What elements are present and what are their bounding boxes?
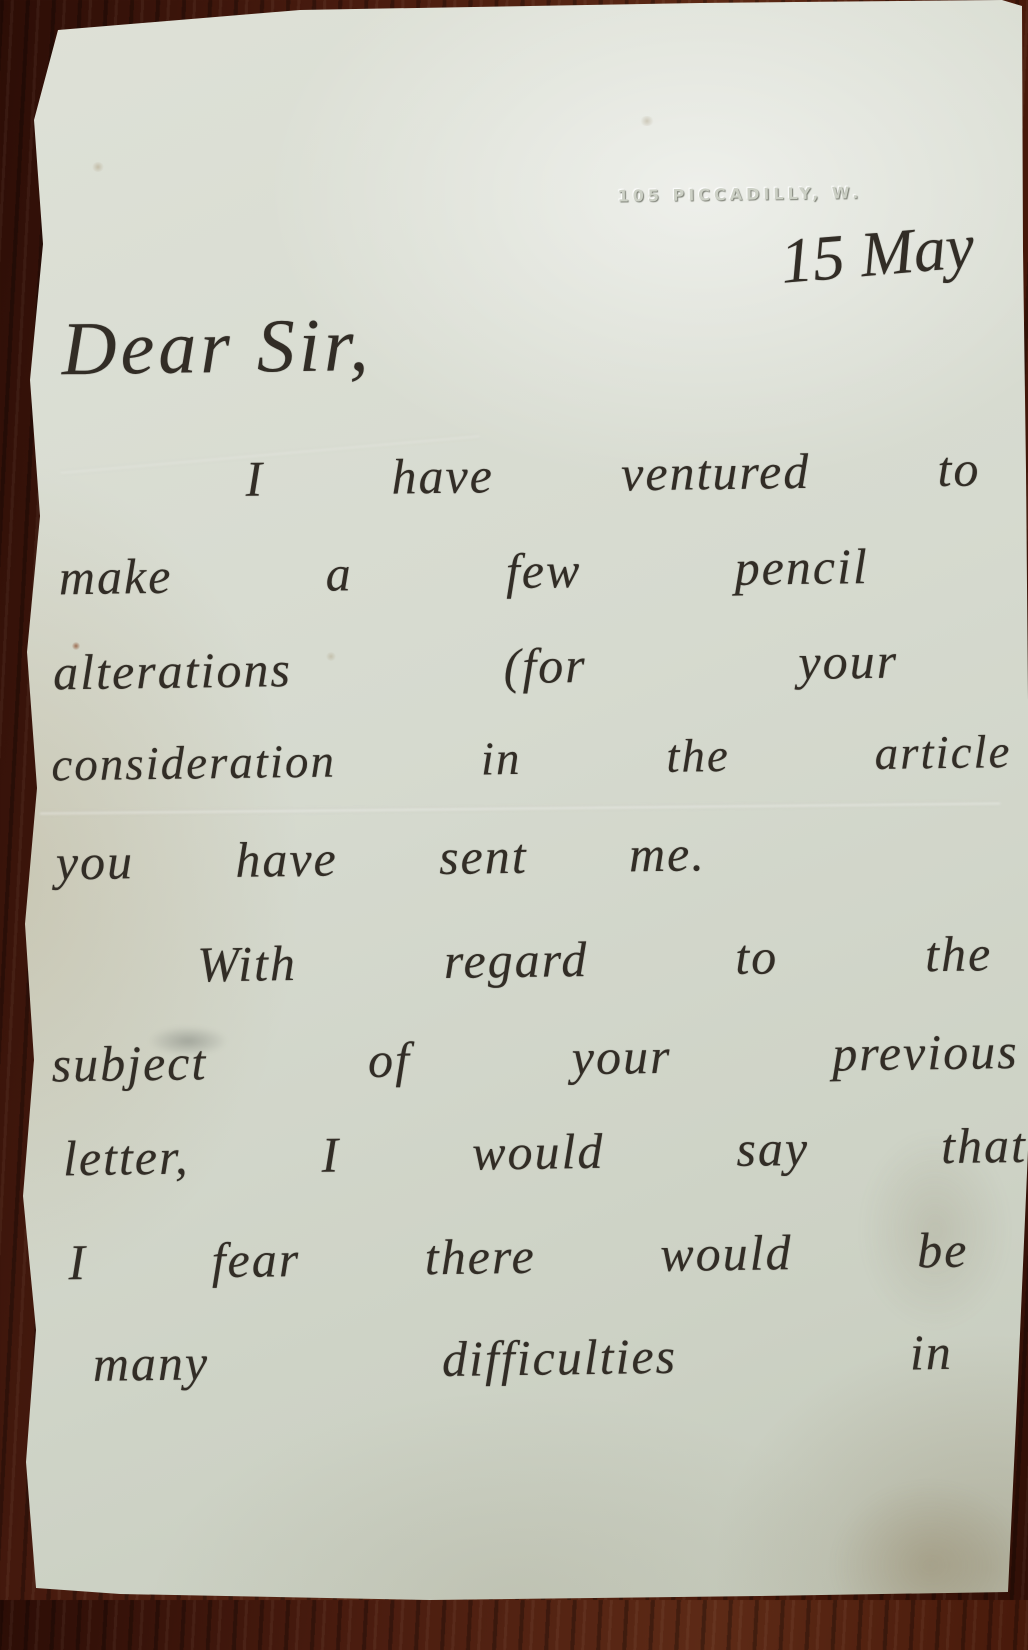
handwritten-line: consideration in the article (51, 725, 1012, 792)
letter-photo: 105 PICCADILLY, W. 15 May Dear Sir, I ha… (0, 0, 1028, 1600)
salutation: Dear Sir, (61, 302, 373, 393)
handwritten-line: I fear there would be (68, 1221, 969, 1292)
handwritten-line: With regard to the (197, 924, 993, 993)
date-line: 15 May (778, 209, 977, 299)
handwritten-line: make a few pencil (58, 537, 869, 606)
embossed-letterhead: 105 PICCADILLY, W. (617, 183, 862, 205)
handwritten-line: you have sent me. (55, 824, 706, 891)
letter-text: 105 PICCADILLY, W. 15 May Dear Sir, I ha… (0, 0, 1028, 1600)
handwritten-line: alterations (for your (53, 632, 899, 702)
handwritten-line: I have ventured to (245, 439, 981, 507)
handwritten-line: subject of your previous (51, 1022, 1019, 1093)
handwritten-line: letter, I would say that (63, 1116, 1028, 1187)
handwritten-line: many difficulties in (92, 1323, 953, 1393)
letter-paper: 105 PICCADILLY, W. 15 May Dear Sir, I ha… (0, 0, 1028, 1600)
